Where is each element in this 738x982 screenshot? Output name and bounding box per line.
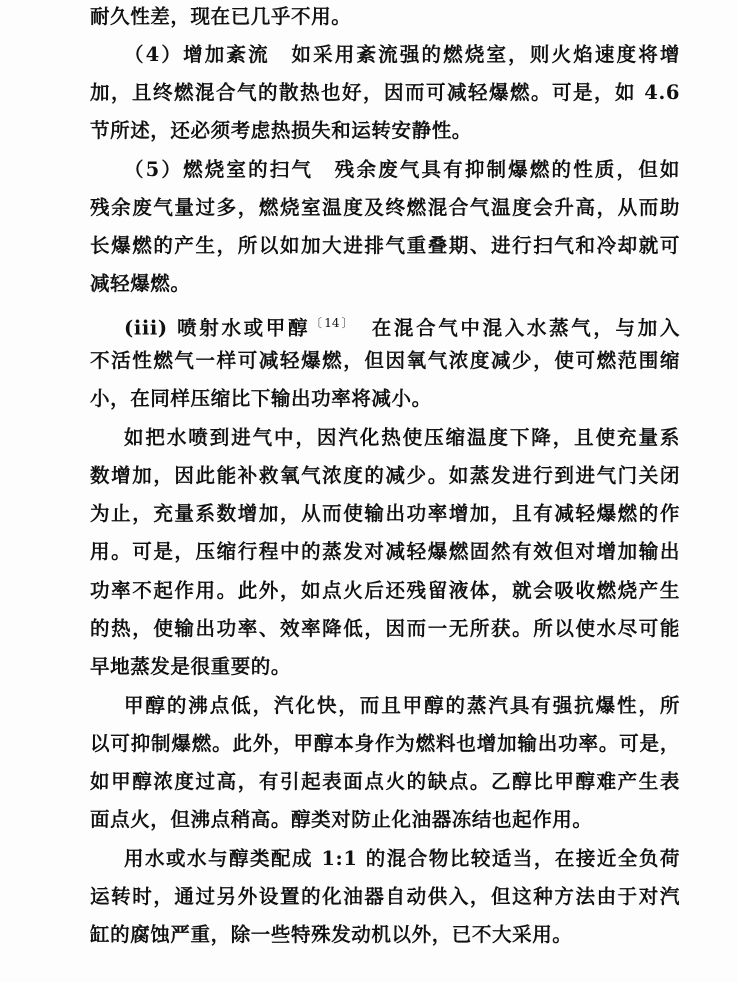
section-iii-text: 在混合气中混入水蒸气，与加入 <box>350 317 680 340</box>
text-line: 运转时，通过另外设置的化油器自动供入，但这种方法由于对汽 <box>90 884 680 910</box>
text-line: 如甲醇浓度过高，有引起表面点火的缺点。乙醇比甲醇难产生表 <box>90 769 680 795</box>
text-line: 如把水喷到进气中，因汽化热使压缩温度下降，且使充量系 <box>124 425 680 451</box>
section-4-heading-line: （4）增加紊流 如采用紊流强的燃烧室，则火焰速度将增 <box>124 42 680 68</box>
text-line: 用。可是，压缩行程中的蒸发对减轻爆燃固然有效但对增加输出 <box>90 539 680 565</box>
text-line: 不活性燃气一样可减轻爆燃，但因氧气浓度减少，使可燃范围缩 <box>90 348 680 374</box>
document-page: 耐久性差，现在已几乎不用。 （4）增加紊流 如采用紊流强的燃烧室，则火焰速度将增… <box>0 0 738 982</box>
text-line: 以可抑制爆燃。此外，甲醇本身作为燃料也增加输出功率。可是， <box>90 731 680 757</box>
section-5-heading-line: （5）燃烧室的扫气 残余废气具有抑制爆燃的性质，但如 <box>124 157 680 183</box>
text-line: 长爆燃的产生，所以如加大进排气重叠期、进行扫气和冷却就可 <box>90 233 680 259</box>
text-line: 早地蒸发是很重要的。 <box>90 654 680 680</box>
text-line: 为止，充量系数增加，从而使输出功率增加，且有减轻爆燃的作 <box>90 501 680 527</box>
text-line: 加，且终燃混合气的散热也好，因而可减轻爆燃。可是，如 4.6 <box>90 80 680 106</box>
text-line: 节所述，还必须考虑热损失和运转安静性。 <box>90 118 680 144</box>
text-line: 减轻爆燃。 <box>90 271 680 297</box>
text-line: 功率不起作用。此外，如点火后还残留液体，就会吸收燃烧产生 <box>90 578 680 604</box>
text-line: 用水或水与醇类配成 1:1 的混合物比较适当，在接近全负荷 <box>124 846 680 872</box>
citation-ref: 〔14〕 <box>310 316 349 330</box>
section-iii-heading-line: (iii) 喷射水或甲醇〔14〕 在混合气中混入水蒸气，与加入 <box>124 310 680 342</box>
text-line: 残余废气量过多，燃烧室温度及终燃混合气温度会升高，从而助 <box>90 195 680 221</box>
section-iii-title: (iii) 喷射水或甲醇 <box>124 317 310 340</box>
text-line: 的热，使输出功率、效率降低，因而一无所获。所以使水尽可能 <box>90 616 680 642</box>
text-line: 小，在同样压缩比下输出功率将减小。 <box>90 386 680 412</box>
text-line: 数增加，因此能补救氧气浓度的减少。如蒸发进行到进气门关闭 <box>90 463 680 489</box>
text-line: 甲醇的沸点低，汽化快，而且甲醇的蒸汽具有强抗爆性，所 <box>124 693 680 719</box>
text-line: 面点火，但沸点稍高。醇类对防止化油器冻结也起作用。 <box>90 807 680 833</box>
text-line: 缸的腐蚀严重，除一些特殊发动机以外，已不大采用。 <box>90 922 680 948</box>
text-line: 耐久性差，现在已几乎不用。 <box>90 4 680 30</box>
